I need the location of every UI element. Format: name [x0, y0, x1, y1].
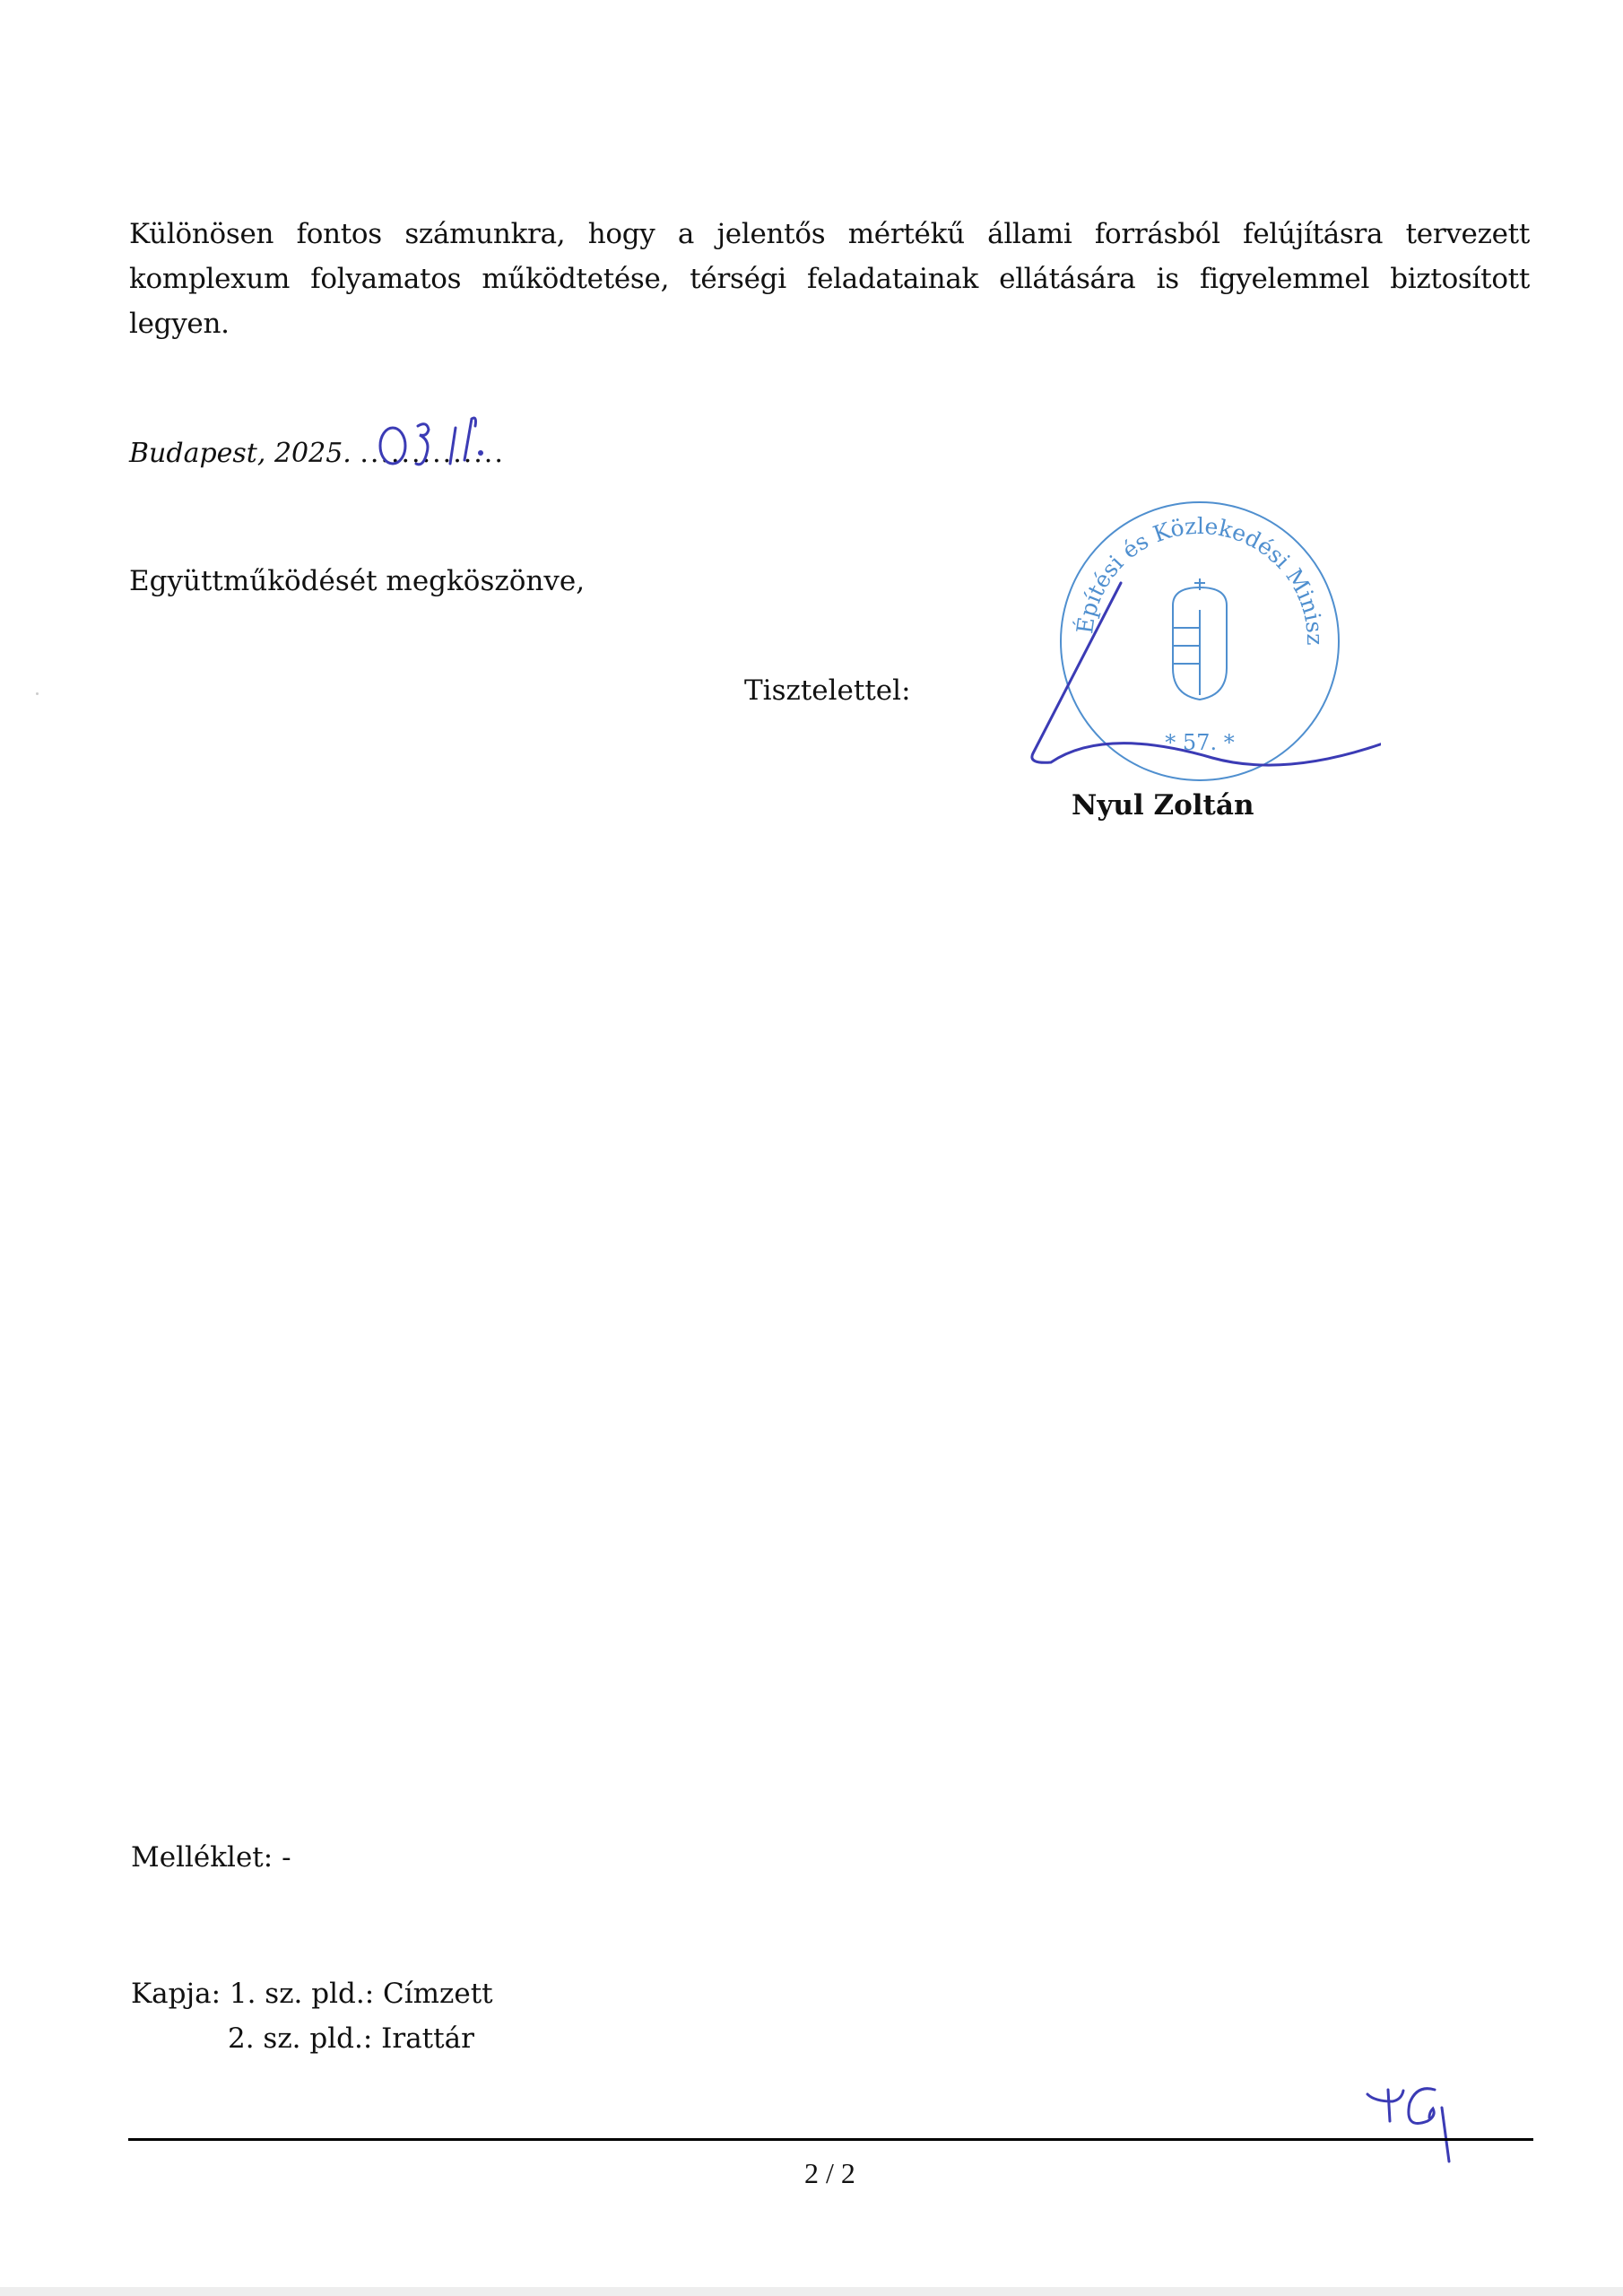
scan-edge — [0, 2287, 1623, 2296]
page-number: 2 / 2 — [804, 2157, 855, 2190]
document-page: Különösen fontos számunkra, hogy a jelen… — [0, 0, 1623, 2296]
body-paragraph: Különösen fontos számunkra, hogy a jelen… — [129, 212, 1530, 346]
paragraph-line: komplexum folyamatos működtetése, térség… — [129, 257, 1530, 301]
regards-text: Tisztelettel: — [744, 674, 911, 707]
handwritten-date — [375, 408, 509, 475]
copy-row: Kapja: 1. sz. pld.: Címzett — [131, 1971, 493, 2016]
signature — [1022, 574, 1381, 789]
scan-speck — [36, 692, 39, 695]
copies-list: Kapja: 1. sz. pld.: Címzett 2. sz. pld.:… — [131, 1971, 493, 2061]
signer-name: Nyul Zoltán — [1072, 789, 1254, 822]
paragraph-line: Különösen fontos számunkra, hogy a jelen… — [129, 212, 1530, 257]
copy-row: 2. sz. pld.: Irattár — [131, 2016, 493, 2061]
date-prefix: Budapest, 2025. — [129, 438, 352, 469]
paragraph-line: legyen. — [129, 301, 1530, 346]
attachment-line: Melléklet: - — [131, 1841, 291, 1874]
closing-text: Együttműködését megköszönve, — [129, 565, 585, 597]
handwritten-initials — [1363, 2081, 1488, 2170]
footer-divider — [128, 2138, 1533, 2141]
